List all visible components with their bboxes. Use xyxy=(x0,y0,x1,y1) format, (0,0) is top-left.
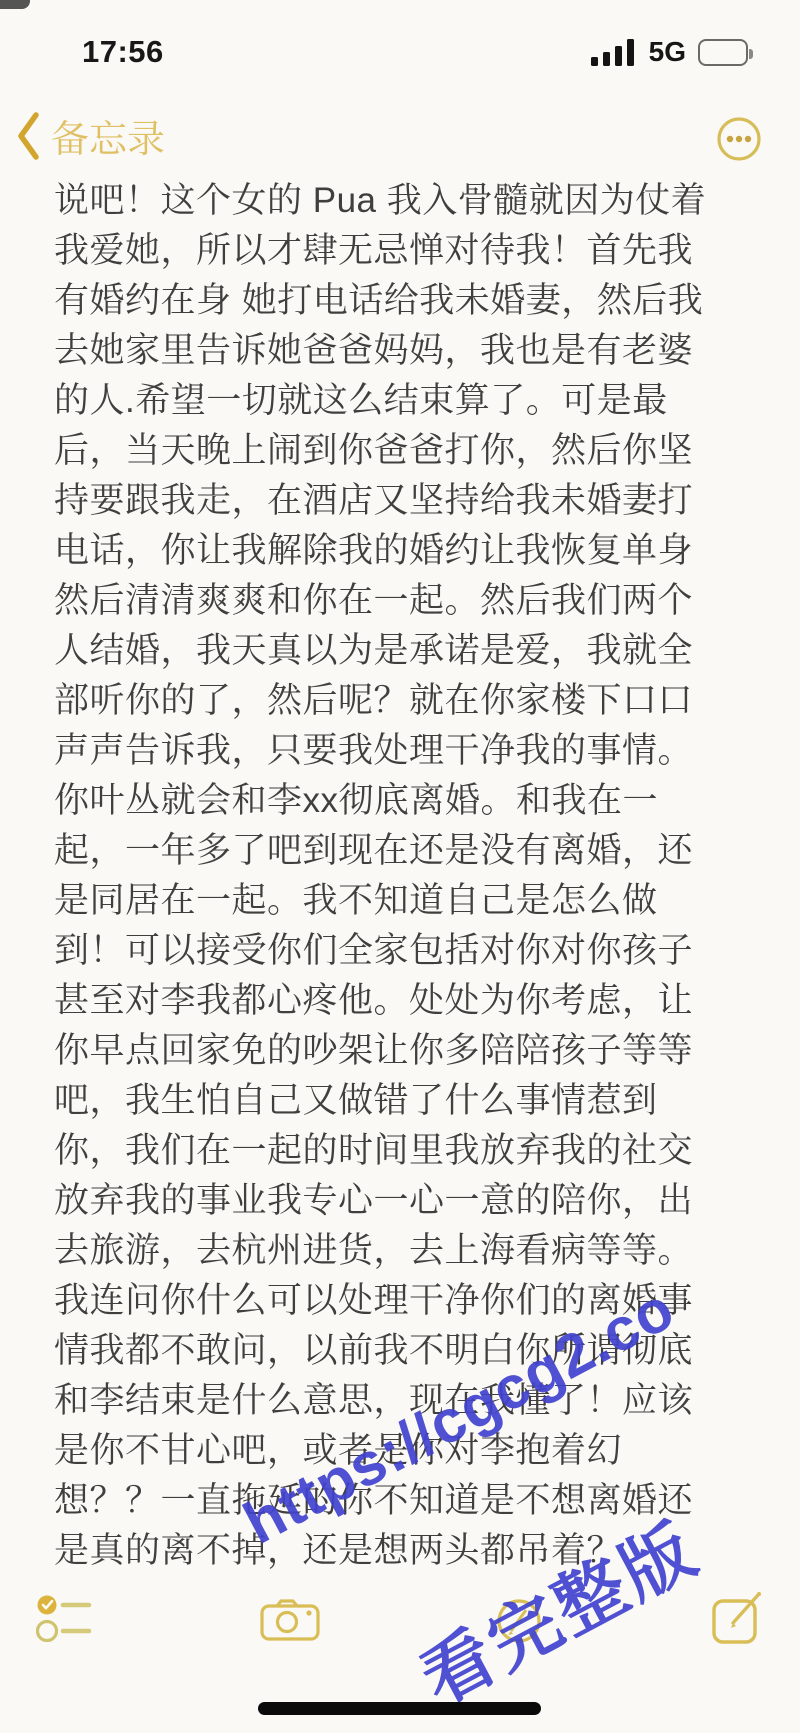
note-text-line: 是同居在一起。我不知道自己是怎么做 xyxy=(54,876,754,926)
home-indicator[interactable] xyxy=(258,1702,541,1715)
markup-icon xyxy=(496,1598,542,1644)
battery-nub xyxy=(749,49,753,59)
note-text-line: 声声告诉我，只要我处理干净我的事情。 xyxy=(54,726,754,776)
note-text-line: 去旅游，去杭州进货，去上海看病等等。 xyxy=(54,1226,754,1276)
back-button[interactable]: 备忘录 xyxy=(14,108,165,163)
chevron-left-icon xyxy=(14,110,41,162)
note-text-line: 放弃我的事业我专心一心一意的陪你，出 xyxy=(54,1176,754,1226)
note-content[interactable]: 说吧！这个女的 Pua 我入骨髓就因为仗着我爱她，所以才肆无忌惮对待我！首先我有… xyxy=(54,176,754,1576)
note-text-line: 人结婚，我天真以为是承诺是爱，我就全 xyxy=(54,626,754,676)
note-text-line: 我爱她，所以才肆无忌惮对待我！首先我 xyxy=(54,226,754,276)
note-text-line: 电话，你让我解除我的婚约让我恢复单身 xyxy=(54,526,754,576)
camera-button[interactable] xyxy=(260,1598,320,1645)
note-text-line: 到！可以接受你们全家包括对你对你孩子 xyxy=(54,926,754,976)
note-text-line: 你，我们在一起的时间里我放弃我的社交 xyxy=(54,1126,754,1176)
note-text-line: 的人.希望一切就这么结束算了。可是最 xyxy=(54,376,754,426)
note-text-line: 部听你的了，然后呢？就在你家楼下口口 xyxy=(54,676,754,726)
note-text-line: 情我都不敢问，以前我不明白你所谓彻底 xyxy=(54,1326,754,1376)
iphone-screen: 17:56 5G 备忘录 xyxy=(0,0,800,1733)
note-text-line: 吧，我生怕自己又做错了什么事情惹到 xyxy=(54,1076,754,1126)
note-text-line: 说吧！这个女的 Pua 我入骨髓就因为仗着 xyxy=(54,176,754,226)
note-text-line: 后，当天晚上闹到你爸爸打你，然后你坚 xyxy=(54,426,754,476)
note-text-line: 你早点回家免的吵架让你多陪陪孩子等等 xyxy=(54,1026,754,1076)
checklist-button[interactable] xyxy=(36,1594,92,1647)
note-text-line: 甚至对李我都心疼他。处处为你考虑，让 xyxy=(54,976,754,1026)
network-type: 5G xyxy=(649,36,686,68)
note-text-line: 是真的离不掉，还是想两头都吊着？ xyxy=(54,1526,754,1576)
checklist-icon xyxy=(36,1594,92,1644)
back-label: 备忘录 xyxy=(51,108,165,163)
note-text-line: 然后清清爽爽和你在一起。然后我们两个 xyxy=(54,576,754,626)
note-text-line: 你叶丛就会和李xx彻底离婚。和我在一 xyxy=(54,776,754,826)
cellular-signal-icon xyxy=(591,37,637,67)
note-text-line: 想？？一直拖延的你不知道是不想离婚还 xyxy=(54,1476,754,1526)
status-right-cluster: 5G xyxy=(591,36,748,68)
ellipsis-circle-icon xyxy=(716,116,762,162)
nav-bar: 备忘录 xyxy=(0,96,800,176)
markup-button[interactable] xyxy=(496,1598,542,1647)
note-text-line: 有婚约在身 她打电话给我未婚妻，然后我 xyxy=(54,276,754,326)
status-bar: 17:56 5G xyxy=(0,0,800,90)
more-options-button[interactable] xyxy=(716,116,762,162)
note-text-line: 起，一年多了吧到现在还是没有离婚，还 xyxy=(54,826,754,876)
note-text-line: 去她家里告诉她爸爸妈妈，我也是有老婆 xyxy=(54,326,754,376)
note-text-line: 我连问你什么可以处理干净你们的离婚事 xyxy=(54,1276,754,1326)
bottom-toolbar xyxy=(0,1580,800,1660)
camera-icon xyxy=(260,1598,320,1642)
note-text-line: 是你不甘心吧，或者是你对李抱着幻 xyxy=(54,1426,754,1476)
note-text-line: 持要跟我走，在酒店又坚持给我未婚妻打 xyxy=(54,476,754,526)
note-text-line: 和李结束是什么意思，现在我懂了！应该 xyxy=(54,1376,754,1426)
compose-icon xyxy=(712,1588,768,1644)
battery-icon xyxy=(698,39,748,66)
compose-button[interactable] xyxy=(712,1588,768,1647)
status-time: 17:56 xyxy=(82,34,164,70)
